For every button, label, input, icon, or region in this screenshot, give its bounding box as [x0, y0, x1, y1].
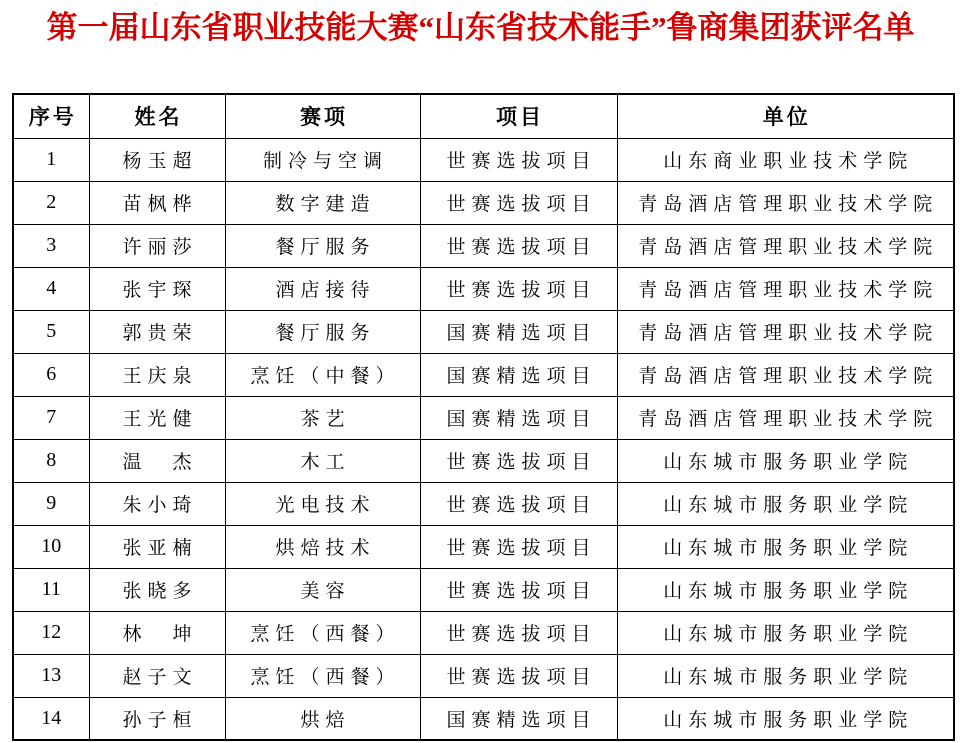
header-index: 序号: [13, 94, 89, 138]
cell-name: 张宇琛: [89, 267, 225, 310]
cell-organization: 山东城市服务职业学院: [617, 568, 954, 611]
table-row: 13赵子文烹饪（西餐）世赛选拔项目山东城市服务职业学院: [13, 654, 954, 697]
cell-index: 4: [13, 267, 89, 310]
cell-event: 制冷与空调: [225, 138, 420, 181]
cell-index: 12: [13, 611, 89, 654]
cell-category: 世赛选拔项目: [420, 568, 617, 611]
cell-organization: 山东商业职业技术学院: [617, 138, 954, 181]
table-row: 12林 坤烹饪（西餐）世赛选拔项目山东城市服务职业学院: [13, 611, 954, 654]
cell-organization: 青岛酒店管理职业技术学院: [617, 224, 954, 267]
cell-category: 世赛选拔项目: [420, 224, 617, 267]
cell-category: 世赛选拔项目: [420, 439, 617, 482]
table-row: 3许丽莎餐厅服务世赛选拔项目青岛酒店管理职业技术学院: [13, 224, 954, 267]
table-body: 1杨玉超制冷与空调世赛选拔项目山东商业职业技术学院2苗枫桦数字建造世赛选拔项目青…: [13, 138, 954, 740]
cell-index: 13: [13, 654, 89, 697]
cell-name: 苗枫桦: [89, 181, 225, 224]
cell-name: 朱小琦: [89, 482, 225, 525]
table-row: 1杨玉超制冷与空调世赛选拔项目山东商业职业技术学院: [13, 138, 954, 181]
cell-organization: 山东城市服务职业学院: [617, 697, 954, 740]
cell-index: 6: [13, 353, 89, 396]
cell-event: 餐厅服务: [225, 224, 420, 267]
cell-event: 烹饪（中餐）: [225, 353, 420, 396]
cell-name: 温 杰: [89, 439, 225, 482]
cell-name: 杨玉超: [89, 138, 225, 181]
cell-index: 10: [13, 525, 89, 568]
award-table: 序号 姓名 赛项 项目 单位 1杨玉超制冷与空调世赛选拔项目山东商业职业技术学院…: [12, 93, 955, 741]
cell-name: 孙子桓: [89, 697, 225, 740]
cell-category: 国赛精选项目: [420, 353, 617, 396]
header-organization: 单位: [617, 94, 954, 138]
cell-index: 1: [13, 138, 89, 181]
header-event: 赛项: [225, 94, 420, 138]
cell-event: 餐厅服务: [225, 310, 420, 353]
cell-organization: 青岛酒店管理职业技术学院: [617, 310, 954, 353]
header-category: 项目: [420, 94, 617, 138]
cell-index: 5: [13, 310, 89, 353]
cell-organization: 山东城市服务职业学院: [617, 482, 954, 525]
cell-category: 世赛选拔项目: [420, 654, 617, 697]
cell-organization: 青岛酒店管理职业技术学院: [617, 181, 954, 224]
cell-index: 3: [13, 224, 89, 267]
cell-name: 许丽莎: [89, 224, 225, 267]
cell-name: 王光健: [89, 396, 225, 439]
cell-category: 国赛精选项目: [420, 697, 617, 740]
table-row: 10张亚楠烘焙技术世赛选拔项目山东城市服务职业学院: [13, 525, 954, 568]
cell-organization: 山东城市服务职业学院: [617, 525, 954, 568]
table-row: 7王光健茶艺国赛精选项目青岛酒店管理职业技术学院: [13, 396, 954, 439]
cell-organization: 山东城市服务职业学院: [617, 611, 954, 654]
header-name: 姓名: [89, 94, 225, 138]
cell-category: 国赛精选项目: [420, 310, 617, 353]
cell-category: 国赛精选项目: [420, 396, 617, 439]
cell-organization: 山东城市服务职业学院: [617, 439, 954, 482]
cell-category: 世赛选拔项目: [420, 267, 617, 310]
cell-name: 王庆泉: [89, 353, 225, 396]
cell-event: 烹饪（西餐）: [225, 654, 420, 697]
cell-event: 酒店接待: [225, 267, 420, 310]
cell-category: 世赛选拔项目: [420, 482, 617, 525]
cell-event: 木工: [225, 439, 420, 482]
cell-organization: 青岛酒店管理职业技术学院: [617, 353, 954, 396]
cell-name: 张亚楠: [89, 525, 225, 568]
cell-index: 14: [13, 697, 89, 740]
cell-index: 2: [13, 181, 89, 224]
table-row: 14孙子桓烘焙国赛精选项目山东城市服务职业学院: [13, 697, 954, 740]
cell-name: 郭贵荣: [89, 310, 225, 353]
table-row: 5郭贵荣餐厅服务国赛精选项目青岛酒店管理职业技术学院: [13, 310, 954, 353]
cell-event: 美容: [225, 568, 420, 611]
table-row: 9朱小琦光电技术世赛选拔项目山东城市服务职业学院: [13, 482, 954, 525]
page-title: 第一届山东省职业技能大赛“山东省技术能手”鲁商集团获评名单: [0, 7, 961, 49]
cell-event: 烹饪（西餐）: [225, 611, 420, 654]
cell-event: 烘焙技术: [225, 525, 420, 568]
table-header-row: 序号 姓名 赛项 项目 单位: [13, 94, 954, 138]
cell-category: 世赛选拔项目: [420, 138, 617, 181]
cell-organization: 青岛酒店管理职业技术学院: [617, 267, 954, 310]
table-row: 4张宇琛酒店接待世赛选拔项目青岛酒店管理职业技术学院: [13, 267, 954, 310]
cell-organization: 山东城市服务职业学院: [617, 654, 954, 697]
cell-event: 茶艺: [225, 396, 420, 439]
cell-index: 9: [13, 482, 89, 525]
cell-category: 世赛选拔项目: [420, 525, 617, 568]
cell-name: 林 坤: [89, 611, 225, 654]
cell-category: 世赛选拔项目: [420, 181, 617, 224]
cell-event: 光电技术: [225, 482, 420, 525]
cell-index: 11: [13, 568, 89, 611]
table-row: 8温 杰木工世赛选拔项目山东城市服务职业学院: [13, 439, 954, 482]
cell-index: 8: [13, 439, 89, 482]
cell-event: 数字建造: [225, 181, 420, 224]
table-row: 2苗枫桦数字建造世赛选拔项目青岛酒店管理职业技术学院: [13, 181, 954, 224]
table-row: 11张晓多美容世赛选拔项目山东城市服务职业学院: [13, 568, 954, 611]
cell-name: 张晓多: [89, 568, 225, 611]
cell-index: 7: [13, 396, 89, 439]
cell-organization: 青岛酒店管理职业技术学院: [617, 396, 954, 439]
cell-name: 赵子文: [89, 654, 225, 697]
table-row: 6王庆泉烹饪（中餐）国赛精选项目青岛酒店管理职业技术学院: [13, 353, 954, 396]
cell-category: 世赛选拔项目: [420, 611, 617, 654]
cell-event: 烘焙: [225, 697, 420, 740]
